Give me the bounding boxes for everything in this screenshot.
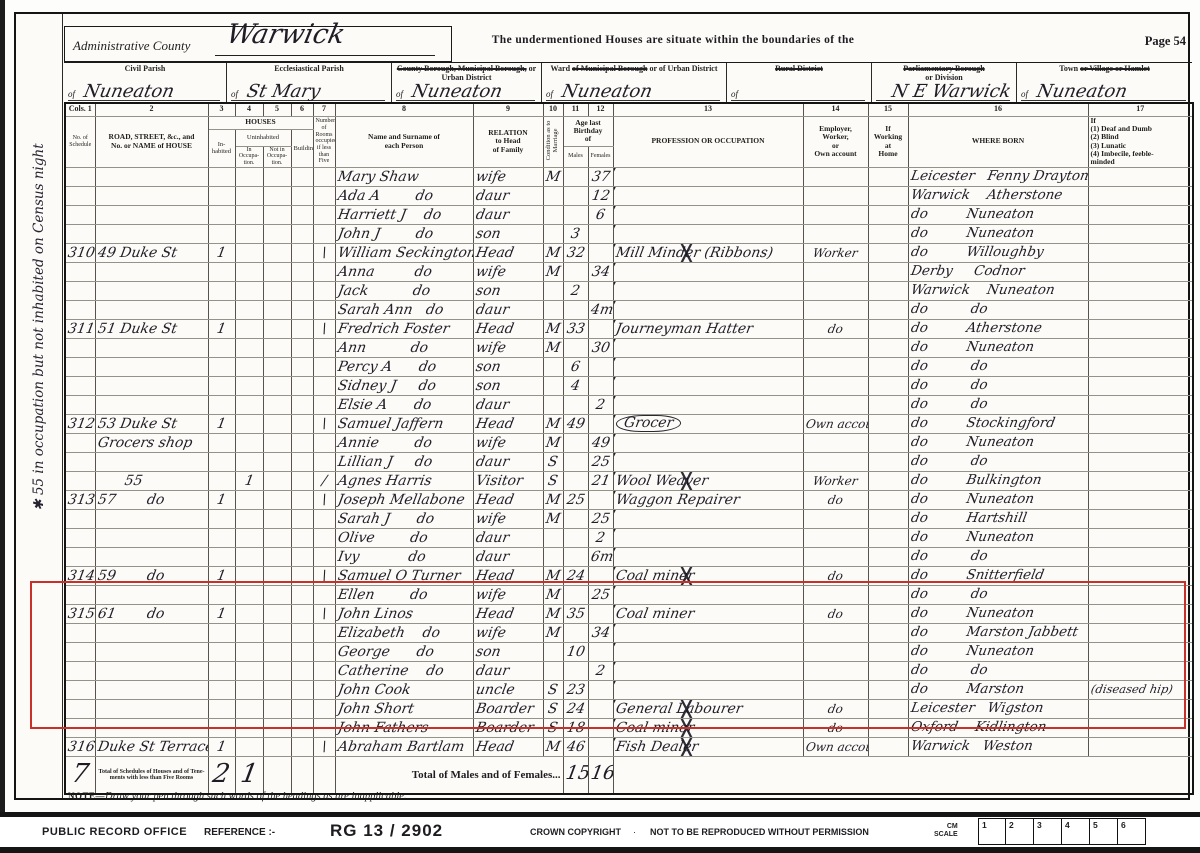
working-at-home <box>868 319 908 338</box>
relation: Head <box>473 319 543 338</box>
inhabited-mark <box>208 642 235 661</box>
working-at-home <box>868 699 908 718</box>
census-row: Sarah Ann dodaur4mo/do do <box>65 300 1193 319</box>
person-name: Sarah Ann do <box>335 300 473 319</box>
age-male <box>563 167 588 186</box>
census-row: Sidney J doson4/do do <box>65 376 1193 395</box>
age-female <box>588 224 613 243</box>
header-where-born: WHERE BORN <box>908 116 1088 167</box>
age-female <box>588 718 613 737</box>
occupation: Coal miner/╳ <box>613 718 803 737</box>
uninhabited-occ-mark <box>235 490 263 509</box>
condition <box>543 281 563 300</box>
rooms-mark: \ <box>313 737 335 756</box>
relation: daur <box>473 661 543 680</box>
schedule-no: 315 <box>65 604 95 623</box>
condition: M <box>543 585 563 604</box>
schedule-no <box>65 205 95 224</box>
employer-status: do <box>803 490 868 509</box>
rooms-mark: \ <box>313 566 335 585</box>
rooms-mark <box>313 661 335 680</box>
header-employer: Employer, Worker, or Own account <box>803 116 868 167</box>
infirmity <box>1088 452 1193 471</box>
person-name: John Fathers <box>335 718 473 737</box>
uninhabited-occ-mark <box>235 604 263 623</box>
condition: M <box>543 262 563 281</box>
census-row: Lillian J dodaurS25/do do <box>65 452 1193 471</box>
census-row: 31253 Duke St1\Samuel JaffernHeadM49Groc… <box>65 414 1193 433</box>
relation: Head <box>473 737 543 756</box>
uninhabited-occ-mark <box>235 528 263 547</box>
condition <box>543 395 563 414</box>
building-mark <box>291 262 313 281</box>
working-at-home <box>868 376 908 395</box>
inhabited-mark <box>208 528 235 547</box>
address <box>95 547 208 566</box>
rooms-mark <box>313 623 335 642</box>
person-name: Annie do <box>335 433 473 452</box>
admin-county-label: Administrative County <box>73 38 190 54</box>
building-mark <box>291 281 313 300</box>
employer-status <box>803 281 868 300</box>
relation: son <box>473 224 543 243</box>
inhabited-mark <box>208 680 235 699</box>
schedule-no: 316 <box>65 737 95 756</box>
occupation: / <box>613 167 803 186</box>
rooms-mark <box>313 186 335 205</box>
age-male: 32 <box>563 243 588 262</box>
uninhabited-notocc-mark <box>263 718 291 737</box>
address: 61 do <box>95 604 208 623</box>
age-female <box>588 566 613 585</box>
occupation: Coal miner/ <box>613 604 803 623</box>
where-born: do Marston Jabbett <box>908 623 1088 642</box>
address <box>95 338 208 357</box>
inhabited-mark <box>208 547 235 566</box>
employer-status: do <box>803 699 868 718</box>
uninhabited-notocc-mark <box>263 414 291 433</box>
header-working-at-home: If Working at Home <box>868 116 908 167</box>
person-name: Ada A do <box>335 186 473 205</box>
age-female: 2 <box>588 661 613 680</box>
age-female <box>588 604 613 623</box>
enumerator-tick-mark: / <box>613 262 616 281</box>
building-mark <box>291 528 313 547</box>
person-name: Samuel O Turner <box>335 566 473 585</box>
employer-status <box>803 300 868 319</box>
uninhabited-notocc-mark <box>263 281 291 300</box>
where-born: Warwick Nuneaton <box>908 281 1088 300</box>
employer-status: Own account <box>803 414 868 433</box>
inhabited-mark <box>208 357 235 376</box>
where-born: do Hartshill <box>908 509 1088 528</box>
age-male <box>563 661 588 680</box>
rooms-mark <box>313 509 335 528</box>
working-at-home <box>868 490 908 509</box>
infirmity <box>1088 718 1193 737</box>
age-male <box>563 395 588 414</box>
rooms-mark <box>313 718 335 737</box>
totals-males-females-label: Total of Males and of Females... <box>335 756 563 794</box>
where-born: Leicester Wigston <box>908 699 1088 718</box>
inhabited-mark <box>208 452 235 471</box>
relation: daur <box>473 186 543 205</box>
occupation: / <box>613 528 803 547</box>
relation: wife <box>473 585 543 604</box>
totals-houses-label: Total of Schedules of Houses and of Tene… <box>95 756 208 794</box>
uninhabited-notocc-mark <box>263 471 291 490</box>
infirmity <box>1088 585 1193 604</box>
ward-value: Nuneaton <box>560 81 654 102</box>
enumerator-tick-mark: / <box>613 186 616 205</box>
uninhabited-occ-mark <box>235 661 263 680</box>
column-numbers-row: Cols. 123 456 789 101112 131415 1617 <box>65 103 1193 116</box>
rooms-mark <box>313 547 335 566</box>
address <box>95 585 208 604</box>
schedule-no <box>65 300 95 319</box>
uninhabited-occ-mark <box>235 357 263 376</box>
age-male: 23 <box>563 680 588 699</box>
where-born: do Nuneaton <box>908 490 1088 509</box>
building-mark <box>291 433 313 452</box>
working-at-home <box>868 224 908 243</box>
condition: M <box>543 623 563 642</box>
occupation: / <box>613 452 803 471</box>
age-female: 21 <box>588 471 613 490</box>
working-at-home <box>868 623 908 642</box>
address <box>95 623 208 642</box>
condition <box>543 547 563 566</box>
building-mark <box>291 623 313 642</box>
person-name: Lillian J do <box>335 452 473 471</box>
rooms-mark: / <box>313 471 335 490</box>
occupation: / <box>613 509 803 528</box>
age-female <box>588 376 613 395</box>
relation: son <box>473 376 543 395</box>
age-male <box>563 547 588 566</box>
working-at-home <box>868 661 908 680</box>
margin-divider <box>62 14 63 798</box>
where-born: do do <box>908 357 1088 376</box>
schedule-no <box>65 699 95 718</box>
employer-status <box>803 547 868 566</box>
infirmity <box>1088 300 1193 319</box>
address: 55 <box>95 471 208 490</box>
census-row: 31459 do1\Samuel O TurnerHeadM24Coal min… <box>65 566 1193 585</box>
employer-status <box>803 357 868 376</box>
relation: son <box>473 281 543 300</box>
relation: wife <box>473 262 543 281</box>
census-row: John J doson3/do Nuneaton <box>65 224 1193 243</box>
age-female: 30 <box>588 338 613 357</box>
occupation: / <box>613 680 803 699</box>
census-row: Ivy dodaur6mo/do do <box>65 547 1193 566</box>
census-row: John CookuncleS23/do Marston(diseased hi… <box>65 680 1193 699</box>
building-mark <box>291 452 313 471</box>
rooms-mark <box>313 528 335 547</box>
building-mark <box>291 224 313 243</box>
column-headers: Cols. 123 456 789 101112 131415 1617 No.… <box>65 103 1193 167</box>
uninhabited-occ-mark <box>235 566 263 585</box>
enumerator-tick-mark: / <box>613 585 616 604</box>
age-male <box>563 186 588 205</box>
infirmity <box>1088 642 1193 661</box>
occupation: / <box>613 300 803 319</box>
employer-status <box>803 680 868 699</box>
schedule-no <box>65 357 95 376</box>
person-name: Joseph Mellabone <box>335 490 473 509</box>
infirmity <box>1088 243 1193 262</box>
census-form: ✱ 55 in occupation but not inhabited on … <box>14 12 1190 800</box>
infirmity <box>1088 490 1193 509</box>
uninhabited-occ-mark <box>235 262 263 281</box>
census-row: Ann dowifeM30/do Nuneaton <box>65 338 1193 357</box>
building-mark <box>291 718 313 737</box>
census-row: 551/Agnes HarrisVisitorS21Wool Weaver/╳W… <box>65 471 1193 490</box>
census-entries: Mary ShawwifeM37/Leicester Fenny Drayton… <box>65 167 1193 756</box>
header-schedule-no: No. of Schedule <box>65 116 95 167</box>
age-male: 2 <box>563 281 588 300</box>
address <box>95 699 208 718</box>
occupation: / <box>613 433 803 452</box>
enumerator-tick-mark: / <box>613 642 616 661</box>
working-at-home <box>868 433 908 452</box>
relation: wife <box>473 338 543 357</box>
employer-status <box>803 205 868 224</box>
infirmity <box>1088 395 1193 414</box>
schedule-no <box>65 433 95 452</box>
age-female <box>588 699 613 718</box>
building-mark <box>291 604 313 623</box>
census-row: Grocers shopAnnie dowifeM49/do Nuneaton <box>65 433 1193 452</box>
census-row: Ada A dodaur12/Warwick Atherstone <box>65 186 1193 205</box>
enumerator-tick-mark: / <box>613 547 616 566</box>
condition: M <box>543 167 563 186</box>
inhabited-mark <box>208 661 235 680</box>
uninhabited-notocc-mark <box>263 186 291 205</box>
employer-status: Worker <box>803 243 868 262</box>
address <box>95 528 208 547</box>
person-name: Olive do <box>335 528 473 547</box>
working-at-home <box>868 509 908 528</box>
condition: S <box>543 718 563 737</box>
building-mark <box>291 737 313 756</box>
address: Grocers shop <box>95 433 208 452</box>
condition <box>543 376 563 395</box>
census-row: George doson10/do Nuneaton <box>65 642 1193 661</box>
inhabited-mark: 1 <box>208 737 235 756</box>
inhabited-mark: 1 <box>208 414 235 433</box>
enumerator-tick-mark: / <box>613 281 616 300</box>
working-at-home <box>868 604 908 623</box>
town-cell: Town or Village or Hamlet ofNuneaton <box>1017 63 1192 104</box>
building-mark <box>291 376 313 395</box>
inhabited-mark: 1 <box>208 566 235 585</box>
address: 49 Duke St <box>95 243 208 262</box>
inhabited-mark <box>208 623 235 642</box>
age-female: 12 <box>588 186 613 205</box>
where-born: Oxford Kidlington <box>908 718 1088 737</box>
working-at-home <box>868 186 908 205</box>
age-male <box>563 528 588 547</box>
schedule-no <box>65 338 95 357</box>
age-female <box>588 281 613 300</box>
condition: M <box>543 433 563 452</box>
condition <box>543 205 563 224</box>
ecclesiastical-parish-value: St Mary <box>245 81 323 102</box>
condition <box>543 642 563 661</box>
inhabited-mark: 1 <box>208 243 235 262</box>
uninhabited-notocc-mark <box>263 699 291 718</box>
condition: S <box>543 452 563 471</box>
town-value: Nuneaton <box>1035 81 1129 102</box>
age-female: 25 <box>588 509 613 528</box>
schedule-no: 313 <box>65 490 95 509</box>
where-born: do do <box>908 452 1088 471</box>
enumerator-tick-mark: / <box>613 300 616 319</box>
building-mark <box>291 642 313 661</box>
infirmity <box>1088 167 1193 186</box>
occupation: Mill Minder (Ribbons)/╳ <box>613 243 803 262</box>
uninhabited-occ-mark <box>235 319 263 338</box>
building-mark <box>291 566 313 585</box>
census-row: John ShortBoarderS24General Labourer/╳do… <box>65 699 1193 718</box>
age-female: 34 <box>588 623 613 642</box>
census-row: John FathersBoarderS18Coal miner/╳doOxfo… <box>65 718 1193 737</box>
building-mark <box>291 319 313 338</box>
person-name: Sarah J do <box>335 509 473 528</box>
inhabited-mark <box>208 262 235 281</box>
footer-office: PUBLIC RECORD OFFICE <box>42 826 187 838</box>
uninhabited-notocc-mark <box>263 680 291 699</box>
employer-status <box>803 433 868 452</box>
age-female: 6mo <box>588 547 613 566</box>
person-name: John Short <box>335 699 473 718</box>
person-name: Mary Shaw <box>335 167 473 186</box>
infirmity <box>1088 205 1193 224</box>
census-row: Ellen dowifeM25/do do <box>65 585 1193 604</box>
employer-status: Own account <box>803 737 868 756</box>
age-female <box>588 357 613 376</box>
employer-status: Worker <box>803 471 868 490</box>
where-born: do Nuneaton <box>908 642 1088 661</box>
occupation: / <box>613 186 803 205</box>
where-born: do Stockingford <box>908 414 1088 433</box>
condition: M <box>543 509 563 528</box>
infirmity <box>1088 357 1193 376</box>
header-houses: HOUSES <box>208 116 313 129</box>
enumerator-tick-mark: / <box>613 395 616 414</box>
occupation: Coal miner/╳ <box>613 566 803 585</box>
where-born: do do <box>908 300 1088 319</box>
occupation: / <box>613 281 803 300</box>
building-mark <box>291 205 313 224</box>
census-row: Anna dowifeM34/Derby Codnor <box>65 262 1193 281</box>
age-female: 49 <box>588 433 613 452</box>
cm-scale: 1 2 3 4 5 6 <box>978 818 1146 845</box>
schedule-no <box>65 642 95 661</box>
building-mark <box>291 661 313 680</box>
infirmity <box>1088 224 1193 243</box>
where-born: do Willoughby <box>908 243 1088 262</box>
uninhabited-occ-mark <box>235 167 263 186</box>
relation: son <box>473 357 543 376</box>
address <box>95 300 208 319</box>
relation: son <box>473 642 543 661</box>
uninhabited-notocc-mark <box>263 566 291 585</box>
where-born: do Bulkington <box>908 471 1088 490</box>
urban-district-cell: County Borough, Municipal Borough, or Ur… <box>392 63 542 104</box>
enumerator-tick-mark: / <box>613 357 616 376</box>
urban-district-value: Nuneaton <box>410 81 504 102</box>
enumerator-tick-mark: / <box>613 205 616 224</box>
ecclesiastical-parish-cell: Ecclesiastical Parish ofSt Mary <box>227 63 392 104</box>
occupation: Fish Dealer/╳ <box>613 737 803 756</box>
schedule-no: 310 <box>65 243 95 262</box>
total-uninhabited: 1 <box>235 756 263 794</box>
occupation: / <box>613 357 803 376</box>
census-row: 31357 do1\Joseph MellaboneHeadM25Waggon … <box>65 490 1193 509</box>
census-row: Mary ShawwifeM37/Leicester Fenny Drayton <box>65 167 1193 186</box>
where-born: do do <box>908 376 1088 395</box>
administrative-county-box: Administrative County Warwick <box>64 26 452 62</box>
age-male: 18 <box>563 718 588 737</box>
uninhabited-occ-mark <box>235 737 263 756</box>
uninhabited-occ-mark <box>235 623 263 642</box>
crossed-out-mark: ╳ <box>678 699 695 718</box>
uninhabited-occ-mark <box>235 224 263 243</box>
relation: wife <box>473 623 543 642</box>
person-name: Sidney J do <box>335 376 473 395</box>
footer-notice: NOT TO BE REPRODUCED WITHOUT PERMISSION <box>650 827 869 837</box>
inhabited-mark <box>208 167 235 186</box>
rooms-mark <box>313 167 335 186</box>
uninhabited-notocc-mark <box>263 452 291 471</box>
where-born: do do <box>908 585 1088 604</box>
rooms-mark <box>313 395 335 414</box>
person-name: Elizabeth do <box>335 623 473 642</box>
infirmity <box>1088 186 1193 205</box>
age-male <box>563 452 588 471</box>
condition: S <box>543 699 563 718</box>
age-male <box>563 623 588 642</box>
inhabited-mark <box>208 509 235 528</box>
uninhabited-notocc-mark <box>263 490 291 509</box>
condition: S <box>543 471 563 490</box>
infirmity <box>1088 528 1193 547</box>
age-female <box>588 642 613 661</box>
address: 59 do <box>95 566 208 585</box>
address <box>95 395 208 414</box>
age-female <box>588 243 613 262</box>
age-male: 24 <box>563 566 588 585</box>
footer-scale-label: CM SCALE <box>934 823 958 840</box>
scan-edge <box>0 0 5 853</box>
address <box>95 718 208 737</box>
rooms-mark <box>313 224 335 243</box>
header-males: Males <box>563 146 588 167</box>
employer-status <box>803 262 868 281</box>
uninhabited-occ-mark <box>235 376 263 395</box>
census-row: Sarah J dowifeM25/do Hartshill <box>65 509 1193 528</box>
working-at-home <box>868 566 908 585</box>
inhabited-mark <box>208 338 235 357</box>
relation: Head <box>473 604 543 623</box>
uninhabited-notocc-mark <box>263 737 291 756</box>
footer-reference-label: REFERENCE :- <box>204 827 275 838</box>
building-mark <box>291 547 313 566</box>
inhabited-mark <box>208 433 235 452</box>
